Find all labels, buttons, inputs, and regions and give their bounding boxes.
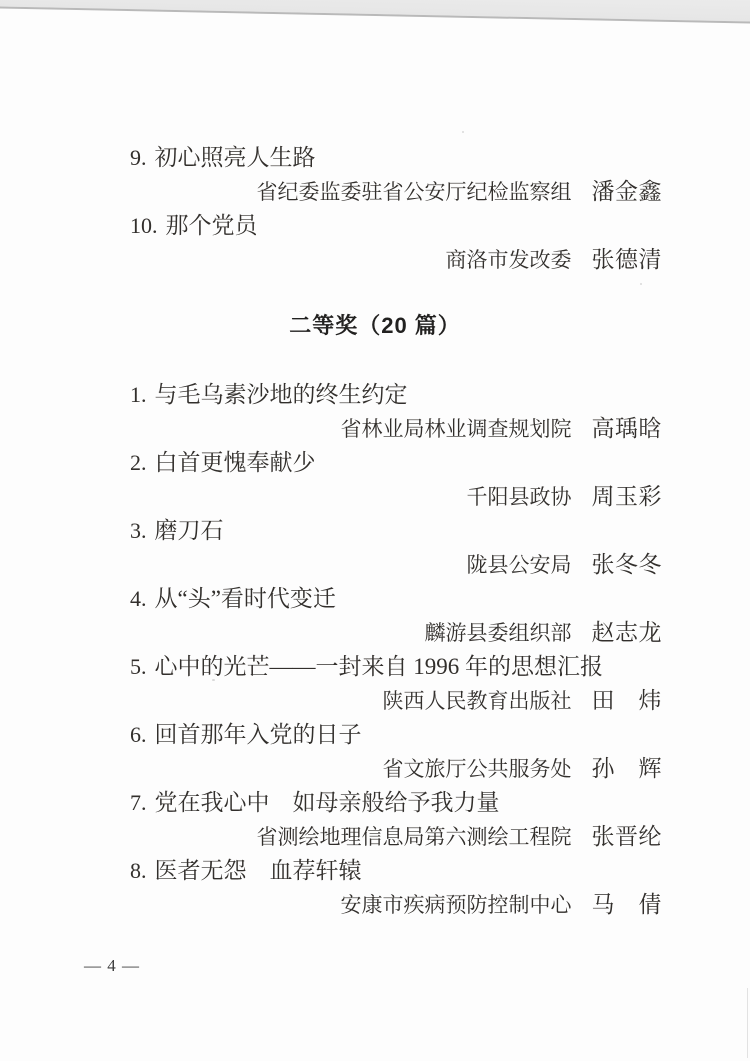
item-organization: 省纪委监委驻省公安厅纪检监察组 [257, 175, 572, 209]
list-item: 10.那个党员 商洛市发改委 张德清 [130, 209, 662, 277]
list-item: 5.心中的光芒——一封来自 1996 年的思想汇报 陕西人民教育出版社 田 炜 [130, 650, 662, 718]
list-item: 9.初心照亮人生路 省纪委监委驻省公安厅纪检监察组 潘金鑫 [130, 141, 662, 209]
item-organization: 商洛市发改委 [446, 243, 572, 277]
item-attribution-line: 安康市疾病预防控制中心 马 倩 [130, 888, 662, 922]
item-title-line: 8.医者无怨 血荐轩辕 [130, 854, 662, 888]
item-organization: 省测绘地理信息局第六测绘工程院 [257, 820, 572, 854]
item-title-line: 9.初心照亮人生路 [130, 141, 662, 175]
item-title: 白首更愧奉献少 [155, 450, 316, 475]
item-title: 与毛乌素沙地的终生约定 [155, 382, 408, 407]
item-title: 党在我心中 如母亲般给予我力量 [155, 790, 500, 815]
item-author: 张晋纶 [592, 820, 663, 854]
item-organization: 省文旅厅公共服务处 [383, 752, 572, 786]
item-author: 周玉彩 [592, 480, 663, 514]
item-author: 高瑀晗 [592, 412, 663, 446]
item-number: 7. [130, 786, 147, 820]
list-item: 8.医者无怨 血荐轩辕 安康市疾病预防控制中心 马 倩 [130, 854, 662, 922]
item-attribution-line: 陇县公安局 张冬冬 [130, 548, 662, 582]
item-number: 4. [130, 582, 147, 616]
item-author: 孙 辉 [592, 752, 663, 786]
item-number: 8. [130, 854, 147, 888]
item-title-line: 6.回首那年入党的日子 [130, 718, 662, 752]
section-heading-second-prize: 二等奖（20 篇） [0, 309, 750, 343]
scan-edge-band [0, 0, 750, 25]
list-item: 6.回首那年入党的日子 省文旅厅公共服务处 孙 辉 [130, 718, 662, 786]
item-number: 9. [130, 141, 147, 175]
scan-edge-line [747, 988, 748, 1058]
list-item: 3.磨刀石 陇县公安局 张冬冬 [130, 514, 662, 582]
item-attribution-line: 省文旅厅公共服务处 孙 辉 [130, 752, 662, 786]
item-title: 初心照亮人生路 [155, 145, 316, 170]
item-organization: 陇县公安局 [467, 548, 572, 582]
item-title-line: 4.从“头”看时代变迁 [130, 582, 662, 616]
item-attribution-line: 省测绘地理信息局第六测绘工程院 张晋纶 [130, 820, 662, 854]
item-author: 潘金鑫 [592, 175, 663, 209]
item-organization: 安康市疾病预防控制中心 [341, 888, 572, 922]
item-organization: 麟游县委组织部 [425, 616, 572, 650]
item-title: 从“头”看时代变迁 [155, 586, 336, 611]
item-title-line: 2.白首更愧奉献少 [130, 446, 662, 480]
list-item: 1.与毛乌素沙地的终生约定 省林业局林业调查规划院 高瑀晗 [130, 378, 662, 446]
item-author: 赵志龙 [592, 616, 663, 650]
list-item: 7.党在我心中 如母亲般给予我力量 省测绘地理信息局第六测绘工程院 张晋纶 [130, 786, 662, 854]
item-title: 心中的光芒——一封来自 1996 年的思想汇报 [155, 654, 604, 679]
item-organization: 省林业局林业调查规划院 [341, 412, 572, 446]
item-title: 磨刀石 [155, 518, 224, 543]
scan-speck [462, 131, 464, 133]
item-title-line: 10.那个党员 [130, 209, 662, 243]
item-number: 3. [130, 514, 147, 548]
item-title-line: 7.党在我心中 如母亲般给予我力量 [130, 786, 662, 820]
item-attribution-line: 商洛市发改委 张德清 [130, 243, 662, 277]
item-author: 马 倩 [592, 888, 663, 922]
item-attribution-line: 省纪委监委驻省公安厅纪检监察组 潘金鑫 [130, 175, 662, 209]
item-title: 那个党员 [166, 213, 258, 238]
item-title: 回首那年入党的日子 [155, 722, 362, 747]
item-attribution-line: 省林业局林业调查规划院 高瑀晗 [130, 412, 662, 446]
item-title-line: 1.与毛乌素沙地的终生约定 [130, 378, 662, 412]
item-author: 张德清 [592, 243, 663, 277]
item-attribution-line: 陕西人民教育出版社 田 炜 [130, 684, 662, 718]
item-number: 10. [130, 209, 158, 243]
item-attribution-line: 千阳县政协 周玉彩 [130, 480, 662, 514]
item-number: 1. [130, 378, 147, 412]
item-number: 2. [130, 446, 147, 480]
item-number: 6. [130, 718, 147, 752]
document-body: 9.初心照亮人生路 省纪委监委驻省公安厅纪检监察组 潘金鑫 10.那个党员 商洛… [130, 141, 662, 922]
item-author: 张冬冬 [592, 548, 663, 582]
item-author: 田 炜 [592, 684, 663, 718]
item-title-line: 3.磨刀石 [130, 514, 662, 548]
item-organization: 千阳县政协 [467, 480, 572, 514]
list-item: 2.白首更愧奉献少 千阳县政协 周玉彩 [130, 446, 662, 514]
list-item: 4.从“头”看时代变迁 麟游县委组织部 赵志龙 [130, 582, 662, 650]
item-attribution-line: 麟游县委组织部 赵志龙 [130, 616, 662, 650]
item-title-line: 5.心中的光芒——一封来自 1996 年的思想汇报 [130, 650, 662, 684]
item-title: 医者无怨 血荐轩辕 [155, 858, 362, 883]
item-number: 5. [130, 650, 147, 684]
page-number: — 4 — [84, 956, 140, 976]
item-organization: 陕西人民教育出版社 [383, 684, 572, 718]
